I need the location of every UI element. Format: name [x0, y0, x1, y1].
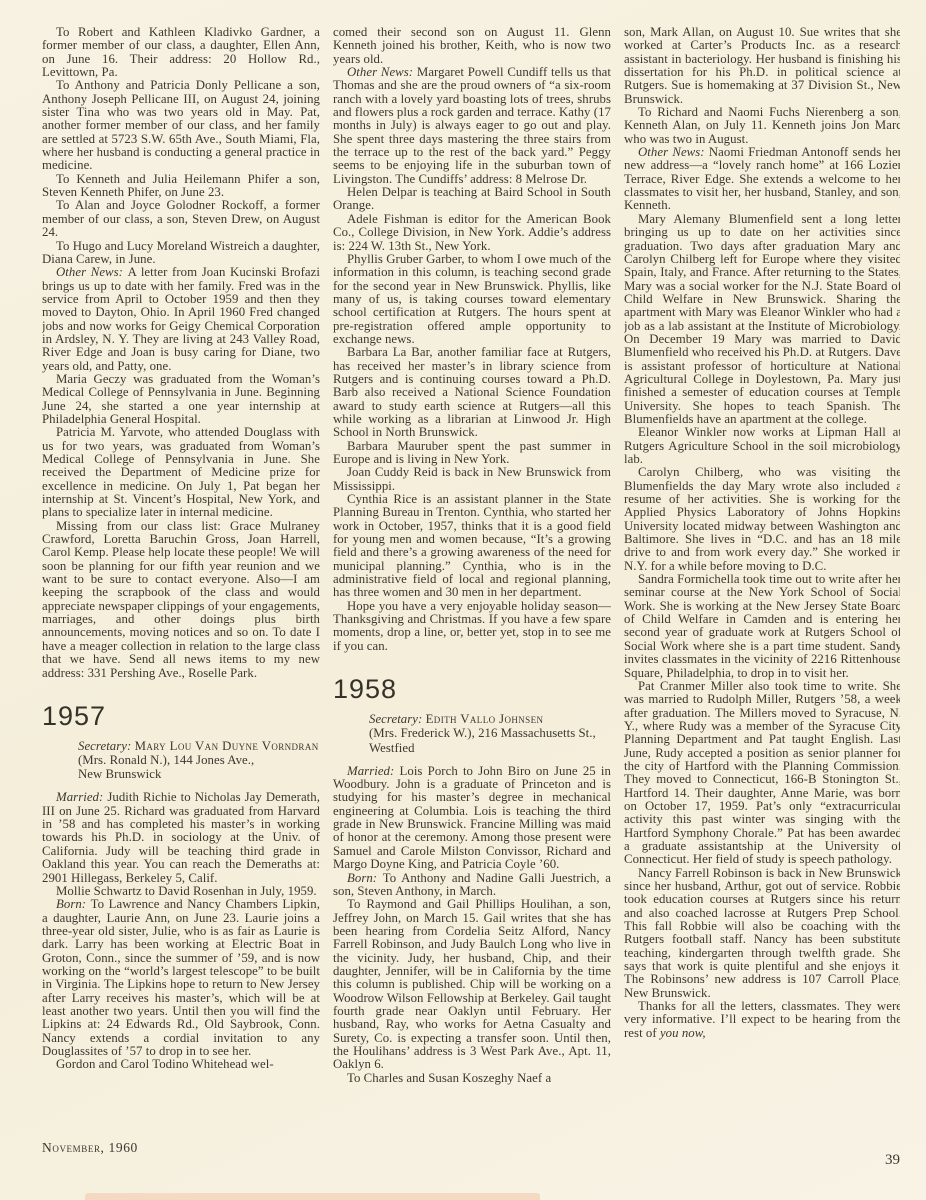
news-paragraph: Born: To Anthony and Nadine Galli Juestr… — [333, 872, 611, 899]
page-number: 39 — [885, 1152, 900, 1169]
page-footer: November, 1960 39 — [42, 1140, 900, 1169]
class-year-heading-1958: 1958 — [333, 675, 611, 703]
news-paragraph: Hope you have a very enjoyable holiday s… — [333, 600, 611, 653]
news-paragraph: Gordon and Carol Todino Whitehead wel- — [42, 1058, 320, 1071]
paragraph-lead-label: Married: — [56, 790, 107, 804]
news-paragraph: To Richard and Naomi Fuchs Nierenberg a … — [624, 106, 900, 146]
secretary-address-line: (Mrs. Ronald N.), 144 Jones Ave., — [78, 753, 320, 767]
news-paragraph: Mollie Schwartz to David Rosenhan in Jul… — [42, 885, 320, 898]
news-paragraph: To Raymond and Gail Phillips Houlihan, a… — [333, 898, 611, 1071]
news-paragraph: Other News: Margaret Powell Cundiff tell… — [333, 66, 611, 186]
paragraph-lead-label: Other News: — [638, 145, 709, 159]
news-paragraph: son, Mark Allan, on August 10. Sue write… — [624, 26, 900, 106]
news-paragraph: Barbara La Bar, another familiar face at… — [333, 346, 611, 439]
scan-edge-artifact — [85, 1193, 540, 1200]
news-paragraph: Nancy Farrell Robinson is back in New Br… — [624, 867, 900, 1000]
news-paragraph: Carolyn Chilberg, who was visiting the B… — [624, 466, 900, 573]
column-2: comed their second son on August 11. Gle… — [333, 26, 611, 1138]
paragraph-italic-tail: you now, — [660, 1026, 706, 1040]
news-paragraph: To Alan and Joyce Golodner Rockoff, a fo… — [42, 199, 320, 239]
paragraph-lead-label: Born: — [347, 871, 383, 885]
paragraph-lead-label: Born: — [56, 897, 91, 911]
paragraph-lead-label: Married: — [347, 764, 400, 778]
news-paragraph: Pat Cranmer Miller also took time to wri… — [624, 680, 900, 867]
secretary-address-line: Westfied — [369, 741, 611, 755]
news-paragraph: Other News: Naomi Friedman Antonoff send… — [624, 146, 900, 213]
news-paragraph: Mary Alemany Blumenfield sent a long let… — [624, 213, 900, 427]
news-paragraph: Other News: A letter from Joan Kucinski … — [42, 266, 320, 373]
news-paragraph: Cynthia Rice is an assistant planner in … — [333, 493, 611, 600]
news-paragraph: comed their second son on August 11. Gle… — [333, 26, 611, 66]
secretary-address-line: (Mrs. Frederick W.), 216 Massachusetts S… — [369, 726, 611, 740]
news-paragraph: To Charles and Susan Koszeghy Naef a — [333, 1072, 611, 1085]
news-paragraph: Born: To Lawrence and Nancy Chambers Lip… — [42, 898, 320, 1058]
paragraph-lead-label: Other News: — [347, 65, 417, 79]
news-paragraph: Thanks for all the letters, classmates. … — [624, 1000, 900, 1040]
paragraph-lead-label: Other News: — [56, 265, 128, 279]
news-paragraph: To Kenneth and Julia Heilemann Phifer a … — [42, 173, 320, 200]
column-3: son, Mark Allan, on August 10. Sue write… — [624, 26, 900, 1138]
news-paragraph: To Anthony and Patricia Donly Pellicane … — [42, 79, 320, 172]
news-paragraph: Sandra Formichella took time out to writ… — [624, 573, 900, 680]
issue-date: November, 1960 — [42, 1140, 138, 1156]
news-paragraph: To Robert and Kathleen Kladivko Gardner,… — [42, 26, 320, 79]
news-paragraph: Maria Geczy was graduated from the Woman… — [42, 373, 320, 426]
secretary-block: Secretary: Mary Lou Van Duyne Vorndran(M… — [42, 739, 320, 782]
news-paragraph: To Hugo and Lucy Moreland Wistreich a da… — [42, 240, 320, 267]
column-1: To Robert and Kathleen Kladivko Gardner,… — [42, 26, 320, 1138]
text-columns: To Robert and Kathleen Kladivko Gardner,… — [42, 26, 900, 1138]
news-paragraph: Married: Judith Richie to Nicholas Jay D… — [42, 791, 320, 884]
news-paragraph: Eleanor Winkler now works at Lipman Hall… — [624, 426, 900, 466]
secretary-name-line: Secretary: Edith Vallo Johnsen — [369, 712, 611, 726]
news-paragraph: Joan Cuddy Reid is back in New Brunswick… — [333, 466, 611, 493]
secretary-address-line: New Brunswick — [78, 767, 320, 781]
news-paragraph: Barbara Mauruber spent the past summer i… — [333, 440, 611, 467]
secretary-name-line: Secretary: Mary Lou Van Duyne Vorndran — [78, 739, 320, 753]
news-paragraph: Married: Lois Porch to John Biro on June… — [333, 765, 611, 872]
news-paragraph: Adele Fishman is editor for the American… — [333, 213, 611, 253]
news-paragraph: Helen Delpar is teaching at Baird School… — [333, 186, 611, 213]
magazine-page: To Robert and Kathleen Kladivko Gardner,… — [0, 0, 926, 1200]
news-paragraph: Phyllis Gruber Garber, to whom I owe muc… — [333, 253, 611, 346]
news-paragraph: Missing from our class list: Grace Mulra… — [42, 520, 320, 680]
secretary-block: Secretary: Edith Vallo Johnsen(Mrs. Fred… — [333, 712, 611, 755]
news-paragraph: Patricia M. Yarvote, who attended Dougla… — [42, 426, 320, 519]
class-year-heading-1957: 1957 — [42, 702, 320, 730]
